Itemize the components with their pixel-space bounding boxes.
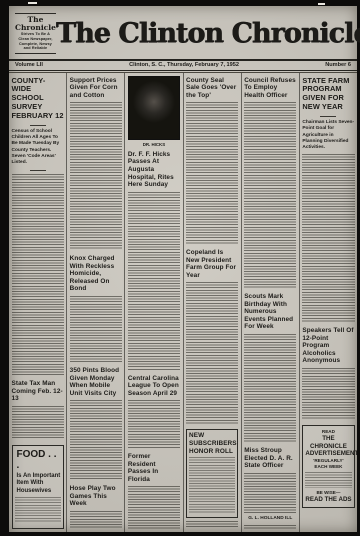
body-text-greeked <box>70 102 122 250</box>
honor-roll-line2: HONOR ROLL <box>189 448 235 456</box>
body-text-greeked <box>12 174 64 375</box>
date-label: Clinton, S. C., Thursday, February 7, 19… <box>129 63 239 69</box>
ad-chronicle-line: THE CHRONICLE <box>305 435 351 451</box>
headline-school-survey: COUNTY-WIDE SCHOOL SURVEY FEBRUARY 12 <box>12 77 64 121</box>
headline-former-resident: Former Resident Passes In Florida <box>128 453 180 483</box>
body-text-greeked <box>12 406 64 440</box>
body-text-greeked <box>128 400 180 448</box>
headline-hicks-passes: Dr. F. F. Hicks Passes At Augusta Hospit… <box>128 151 180 189</box>
body-text-greeked <box>302 368 354 420</box>
number-label: Number 6 <box>325 63 351 69</box>
body-text-greeked <box>15 497 61 523</box>
photo-caption: DR. HICKS <box>128 142 180 147</box>
body-text-greeked <box>302 154 354 322</box>
body-text-greeked <box>186 521 238 529</box>
headline-copeland-president: Copeland Is New President Farm Group For… <box>186 249 238 279</box>
body-text-greeked <box>186 282 238 424</box>
subhead-school-survey: Census of School Children All Ages To Be… <box>12 129 64 166</box>
ad-read-the-ads-line: READ THE ADS <box>305 496 351 504</box>
headline-scouts-birthday: Scouts Mark Birthday With Numerous Event… <box>244 293 296 331</box>
scan-artifact <box>28 2 37 4</box>
body-text-greeked <box>244 334 296 442</box>
body-text-greeked <box>128 486 180 529</box>
body-text-greeked <box>70 511 122 529</box>
scan-artifact <box>318 3 325 5</box>
column-2: Support Prices Given For Corn and Cotton… <box>66 73 124 532</box>
story-divider <box>320 116 336 117</box>
column-grid: COUNTY-WIDE SCHOOL SURVEY FEBRUARY 12 Ce… <box>9 72 357 532</box>
honor-roll-line1: NEW SUBSCRIBERS <box>189 432 235 447</box>
headline-support-prices: Support Prices Given For Corn and Cotton <box>70 77 122 100</box>
headline-carolina-league: Central Carolina League To Open Season A… <box>128 375 180 398</box>
body-text-greeked <box>70 296 122 362</box>
body-text-greeked <box>244 473 296 513</box>
headline-hose-games: Hose Play Two Games This Week <box>70 485 122 508</box>
masthead: The Chronicle Strives To Be A Clean News… <box>9 6 357 59</box>
column-4: County Seal Sale Goes 'Over the Top' Cop… <box>183 73 241 532</box>
masthead-left-ear: The Chronicle Strives To Be A Clean News… <box>15 13 56 54</box>
ad-each-week-line: EACH WEEK <box>305 464 351 470</box>
food-ad-title: FOOD . . . <box>17 449 61 471</box>
headline-blood-drive: 350 Pints Blood Given Monday When Mobile… <box>70 367 122 397</box>
body-text-greeked <box>244 525 296 529</box>
left-ear-title: The Chronicle <box>15 16 56 33</box>
food-ad-box: FOOD . . . Is An Important Item With Hou… <box>12 445 64 530</box>
headline-speakers-program: Speakers Tell Of 12-Point Program Alcoho… <box>302 327 354 365</box>
headline-council-refuses: Council Refuses To Employ Health Officer <box>244 77 296 100</box>
portrait-photo-dr-hicks <box>128 76 180 140</box>
headline-state-farm-program: STATE FARM PROGRAM GIVEN FOR NEW YEAR <box>302 77 354 113</box>
volume-label: Volume LII <box>15 63 43 69</box>
column-5: Council Refuses To Employ Health Officer… <box>241 73 299 532</box>
headline-knox-charged: Knox Charged With Reckless Homicide, Rel… <box>70 255 122 293</box>
honor-roll-box: NEW SUBSCRIBERS HONOR ROLL <box>186 429 238 518</box>
food-ad-line2: Item With Housewives <box>17 480 61 495</box>
subscriber-names-greeked <box>189 457 235 513</box>
body-text-greeked <box>128 192 180 370</box>
newspaper-page: The Chronicle Strives To Be A Clean News… <box>9 6 357 532</box>
headline-tax-man: State Tax Man Coming Feb. 12-13 <box>12 380 64 403</box>
body-text-greeked <box>244 102 296 288</box>
newspaper-title: The Clinton Chronicle <box>56 20 360 47</box>
food-ad-line1: Is An Important <box>17 473 61 481</box>
headline-seal-sale: County Seal Sale Goes 'Over the Top' <box>186 77 238 100</box>
dateline: Volume LII Clinton, S. C., Thursday, Feb… <box>9 59 357 71</box>
subhead-holland-ill: G. L. HOLLAND ILL <box>244 516 296 522</box>
body-text-greeked <box>70 400 122 480</box>
story-divider <box>30 125 46 126</box>
story-divider <box>30 170 46 171</box>
headline-stroup-elected: Miss Stroup Elected D. A. R. State Offic… <box>244 447 296 470</box>
column-3: DR. HICKS Dr. F. F. Hicks Passes At Augu… <box>124 73 182 532</box>
column-1: COUNTY-WIDE SCHOOL SURVEY FEBRUARY 12 Ce… <box>9 73 66 532</box>
subhead-state-farm: Chairman Lists Seven-Point Goal for Agri… <box>302 120 354 151</box>
newspaper-scan: { "colors": { "paper": "#ccc8bf", "ink":… <box>0 0 360 536</box>
left-ear-tagline: Strives To Be A Clean Newspaper, Complet… <box>15 32 56 51</box>
body-text-greeked <box>186 102 238 244</box>
ad-advertisements-line: ADVERTISEMENTS <box>305 450 351 458</box>
ad-body-greeked <box>305 472 351 488</box>
column-6: STATE FARM PROGRAM GIVEN FOR NEW YEAR Ch… <box>299 73 357 532</box>
read-ads-box: READ THE CHRONICLE ADVERTISEMENTS 'REGUL… <box>302 425 354 508</box>
